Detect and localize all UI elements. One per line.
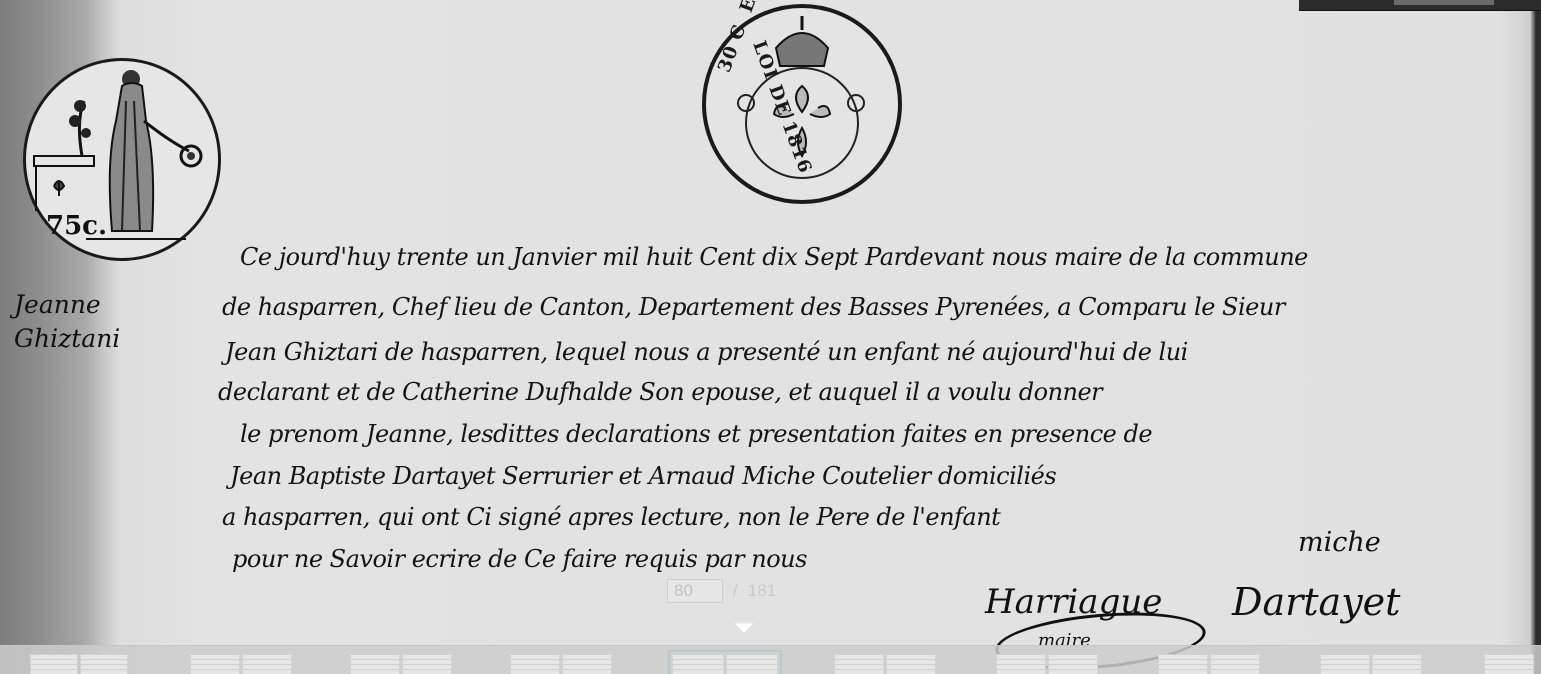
thumbnail-page[interactable] [190,654,292,674]
record-line-6: Jean Baptiste Dartayet Serrurier et Arna… [230,462,1056,490]
thumbnail-page[interactable] [1158,654,1260,674]
record-line-8: pour ne Savoir ecrire de Ce faire requis… [232,545,807,573]
thumbnail-leaf [1210,654,1260,674]
thumbnail-leaf [672,654,724,674]
thumbnail-leaf [726,654,778,674]
thumbnail-leaf [350,654,400,674]
record-line-1: Ce jourd'huy trente un Janvier mil huit … [240,243,1308,271]
thumbnail-page[interactable] [510,654,612,674]
page-number-input[interactable] [667,579,723,603]
thumbnail-leaf [1484,654,1534,674]
document-page-image[interactable]: 75c. 30 C. EN SUS LOI DE 1816 Jeanne Ghi… [0,0,1541,674]
chevron-down-icon [732,621,756,635]
fiscal-stamp-75c: 75c. [23,58,221,261]
page-edge-highlight [1394,0,1494,5]
signature-dartayet: Dartayet [1232,580,1400,624]
stamp-value: 75c. [46,211,107,241]
thumbnail-leaf [562,654,612,674]
toggle-filmstrip-button[interactable] [732,621,756,635]
thumbnail-leaf [1048,654,1098,674]
signature-miche: miche [1298,527,1381,558]
thumbnail-leaf [1372,654,1422,674]
thumbnail-leaf [402,654,452,674]
page-counter: / 181 [667,578,776,604]
record-line-3: Jean Ghiztari de hasparren, lequel nous … [225,338,1188,366]
page-separator: / [733,581,738,601]
page-total: 181 [748,581,776,601]
thumbnail-page[interactable] [1320,654,1422,674]
margin-surname: Ghiztani [14,322,194,356]
thumbnail-page[interactable] [1484,654,1534,674]
fiscal-stamp-30c: 30 C. EN SUS LOI DE 1816 [702,4,902,204]
adjacent-page-edge [1299,0,1541,11]
thumbnail-page-current[interactable] [672,654,778,674]
record-line-7: a hasparren, qui ont Ci signé apres lect… [222,503,1000,531]
margin-annotation: Jeanne Ghiztani [14,288,194,356]
thumbnail-leaf [1158,654,1208,674]
thumbnail-leaf [190,654,240,674]
thumbnail-leaf [886,654,936,674]
thumbnail-page[interactable] [350,654,452,674]
record-line-2: de hasparren, Chef lieu de Canton, Depar… [222,293,1285,321]
thumbnail-leaf [30,654,78,674]
thumbnail-leaf [242,654,292,674]
margin-first-name: Jeanne [14,288,194,322]
thumbnail-page[interactable] [996,654,1098,674]
thumbnail-leaf [1320,654,1370,674]
thumbnail-page[interactable] [30,654,128,674]
thumbnail-leaf [834,654,884,674]
thumbnail-leaf [996,654,1046,674]
record-line-4: declarant et de Catherine Dufhalde Son e… [218,378,1102,406]
thumbnail-leaf [80,654,128,674]
thumbnail-filmstrip[interactable] [0,645,1541,674]
thumbnail-page[interactable] [834,654,936,674]
thumbnail-leaf [510,654,560,674]
document-viewer: 75c. 30 C. EN SUS LOI DE 1816 Jeanne Ghi… [0,0,1541,674]
record-line-5: le prenom Jeanne, lesdittes declarations… [240,420,1152,448]
